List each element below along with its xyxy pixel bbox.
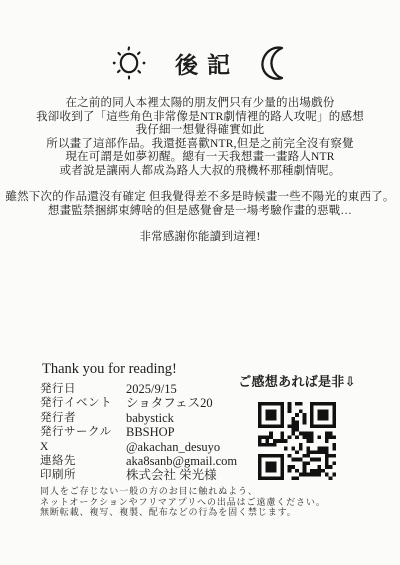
moon-icon xyxy=(258,45,290,81)
colophon: Thank you for reading! 発行日 2025/9/15 発行イ… xyxy=(40,361,240,483)
colophon-label: 発行日 xyxy=(40,382,126,396)
colophon-row-circle: 発行サークル BBSHOP xyxy=(40,425,240,439)
afterword-paragraph-2: 雖然下次的作品還沒有確定 但我覺得差不多是時候畫一些不陽光的東西了。 想畫監禁捆… xyxy=(0,191,400,218)
colophon-row-x-account: X @akachan_desuyo xyxy=(40,440,240,454)
afterword-line: 我仔細一想覺得確實如此 xyxy=(0,124,400,138)
colophon-rows: 発行日 2025/9/15 発行イベント ショタフェス20 発行者 babyst… xyxy=(40,382,240,483)
legal-line: ネットオークションやフリマアプリへの出品はご遠慮ください。 xyxy=(40,497,380,508)
colophon-label: 発行者 xyxy=(40,411,126,425)
colophon-value: aka8sanb@gmail.com xyxy=(126,454,240,468)
colophon-value: ショタフェス20 xyxy=(126,396,240,410)
feedback-note: ご感想あれば是非⇩ xyxy=(233,371,361,390)
afterword-line: 或者說是讓兩人都成為路人大叔的飛機杯那種劇情呢。 xyxy=(0,165,400,179)
afterword-line: 雖然下次的作品還沒有確定 但我覺得差不多是時候畫一些不陽光的東西了。 xyxy=(0,191,400,205)
afterword-paragraph-1: 在之前的同人本裡太陽的朋友們只有少量的出場戲份 我卻收到了「這些角色非常像是NT… xyxy=(0,97,400,178)
legal-line: 無断転載、複写、複製、配布などの行為を固く禁じます。 xyxy=(40,507,380,518)
colophon-label: 発行イベント xyxy=(40,396,126,410)
colophon-value: @akachan_desuyo xyxy=(126,440,240,454)
colophon-value: babystick xyxy=(126,411,240,425)
afterword-line: 我卻收到了「這些角色非常像是NTR劇情裡的路人攻呢」的感想 xyxy=(0,111,400,125)
afterword-line: 想畫監禁捆綁束縛啥的但是感覺會是一場考驗作畫的惡戰… xyxy=(0,205,400,219)
colophon-label: X xyxy=(40,440,126,454)
colophon-row-contact: 連絡先 aka8sanb@gmail.com xyxy=(40,454,240,468)
thanks-text: Thank you for reading! xyxy=(42,361,240,378)
qr-code xyxy=(258,402,336,480)
colophon-row-printer: 印刷所 株式会社 栄光様 xyxy=(40,468,240,482)
afterword-line: 在之前的同人本裡太陽的朋友們只有少量的出場戲份 xyxy=(0,97,400,111)
colophon-row-event: 発行イベント ショタフェス20 xyxy=(40,396,240,410)
afterword-line: 所以畫了這部作品。我還挺喜歡NTR,但是之前完全沒有察覺 xyxy=(0,138,400,152)
afterword-text: 在之前的同人本裡太陽的朋友們只有少量的出場戲份 我卻收到了「這些角色非常像是NT… xyxy=(0,97,400,245)
feedback-block: ご感想あれば是非⇩ xyxy=(233,371,361,480)
colophon-label: 連絡先 xyxy=(40,454,126,468)
colophon-row-publisher: 発行者 babystick xyxy=(40,411,240,425)
afterword-page: 後記 在之前的同人本裡太陽的朋友們只有少量的出場戲份 我卻收到了「這些角色非常像… xyxy=(0,0,400,565)
colophon-label: 印刷所 xyxy=(40,468,126,482)
legal-line: 同人をご存じない一般の方のお目に触れぬよう、 xyxy=(40,486,380,497)
legal-notice: 同人をご存じない一般の方のお目に触れぬよう、 ネットオークションやフリマアプリへ… xyxy=(40,486,380,518)
sun-icon xyxy=(111,44,147,82)
title-row: 後記 xyxy=(0,44,400,82)
colophon-label: 発行サークル xyxy=(40,425,126,439)
page-title: 後記 xyxy=(165,46,238,80)
afterword-closing: 非常感謝你能讀到這裡! xyxy=(0,231,400,245)
afterword-line: 現在可謂是如夢初醒。總有一天我想畫一畫路人NTR xyxy=(0,151,400,165)
colophon-value: 株式会社 栄光様 xyxy=(126,468,240,482)
colophon-value: BBSHOP xyxy=(126,425,240,439)
colophon-row-publish-date: 発行日 2025/9/15 xyxy=(40,382,240,396)
colophon-value: 2025/9/15 xyxy=(126,382,240,396)
